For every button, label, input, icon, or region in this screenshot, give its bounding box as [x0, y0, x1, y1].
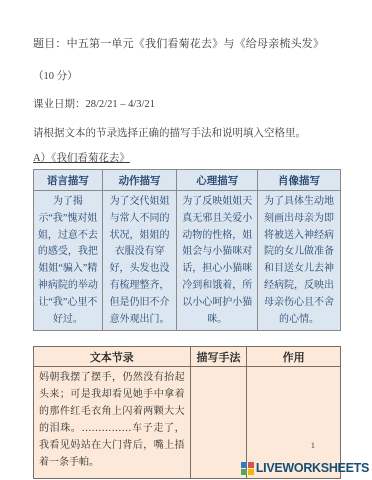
- liveworksheets-logo: LIVEWORKSHEETS: [241, 461, 369, 475]
- techniques-header-row: 语言描写 动作描写 心理描写 肖像描写: [34, 170, 341, 191]
- header-effect: 作用: [247, 347, 341, 367]
- portrait-description-cell: 为了具体生动地刻画出母亲为即将被送入神经病院的女儿做准备和目送女儿去神经病院，反…: [258, 191, 341, 331]
- worksheet-content: 题目：中五第一单元《我们看菊花去》与《给母亲梳头发》 （10 分） 课业日期：2…: [33, 0, 341, 479]
- techniques-explanation-row: 为了揭示“我”愧对姐姐，过意不去的感受，我把姐姐“骗入”精神病院的举动让“我”心…: [34, 191, 341, 331]
- excerpt-answer-table: 文本节录 描写手法 作用 妈朝我摆了摆手，仍然没有抬起头来；可是我却看见她手中拿…: [33, 346, 341, 479]
- action-description-cell: 为了交代姐姐与常人不同的状况，姐姐的衣服没有穿好，头发也没有梳理整齐，但是仍旧不…: [102, 191, 177, 331]
- section-a-heading: A）《我们看菊花去》: [33, 150, 341, 165]
- header-text-excerpt: 文本节录: [34, 347, 191, 367]
- header-description-technique: 描写手法: [190, 347, 247, 367]
- psychological-description-cell: 为了反映姐姐天真无邪且关爱小动物的性格，姐姐会与小猫咪对话，担心小猫咪冷到和饿着…: [177, 191, 258, 331]
- header-psychological-description: 心理描写: [177, 170, 258, 191]
- header-action-description: 动作描写: [102, 170, 177, 191]
- excerpt-text-cell: 妈朝我摆了摆手，仍然没有抬起头来；可是我却看见她手中拿着的那件红毛衣角上闪着两颗…: [34, 367, 191, 479]
- worksheet-page: 题目：中五第一单元《我们看菊花去》与《给母亲梳头发》 （10 分） 课业日期：2…: [0, 0, 372, 480]
- worksheet-title: 题目：中五第一单元《我们看菊花去》与《给母亲梳头发》: [33, 0, 341, 51]
- header-portrait-description: 肖像描写: [258, 170, 341, 191]
- liveworksheets-grid-icon: [241, 462, 254, 475]
- assignment-date-line: 课业日期：28/2/21 – 4/3/21: [33, 96, 341, 111]
- technique-answer-cell[interactable]: [190, 367, 247, 479]
- marks-line: （10 分）: [33, 68, 341, 83]
- liveworksheets-wordmark: LIVEWORKSHEETS: [256, 461, 369, 475]
- page-number: 1: [311, 440, 315, 450]
- section-a-label: A）《我们看菊花去》: [33, 153, 130, 164]
- language-description-cell: 为了揭示“我”愧对姐姐，过意不去的感受，我把姐姐“骗入”精神病院的举动让“我”心…: [34, 191, 103, 331]
- header-language-description: 语言描写: [34, 170, 103, 191]
- excerpt-header-row: 文本节录 描写手法 作用: [34, 347, 341, 367]
- description-techniques-table: 语言描写 动作描写 心理描写 肖像描写 为了揭示“我”愧对姐姐，过意不去的感受，…: [33, 169, 341, 331]
- instruction-text: 请根据文本的节录选择正确的描写手法和说明填入空格里。: [33, 125, 341, 140]
